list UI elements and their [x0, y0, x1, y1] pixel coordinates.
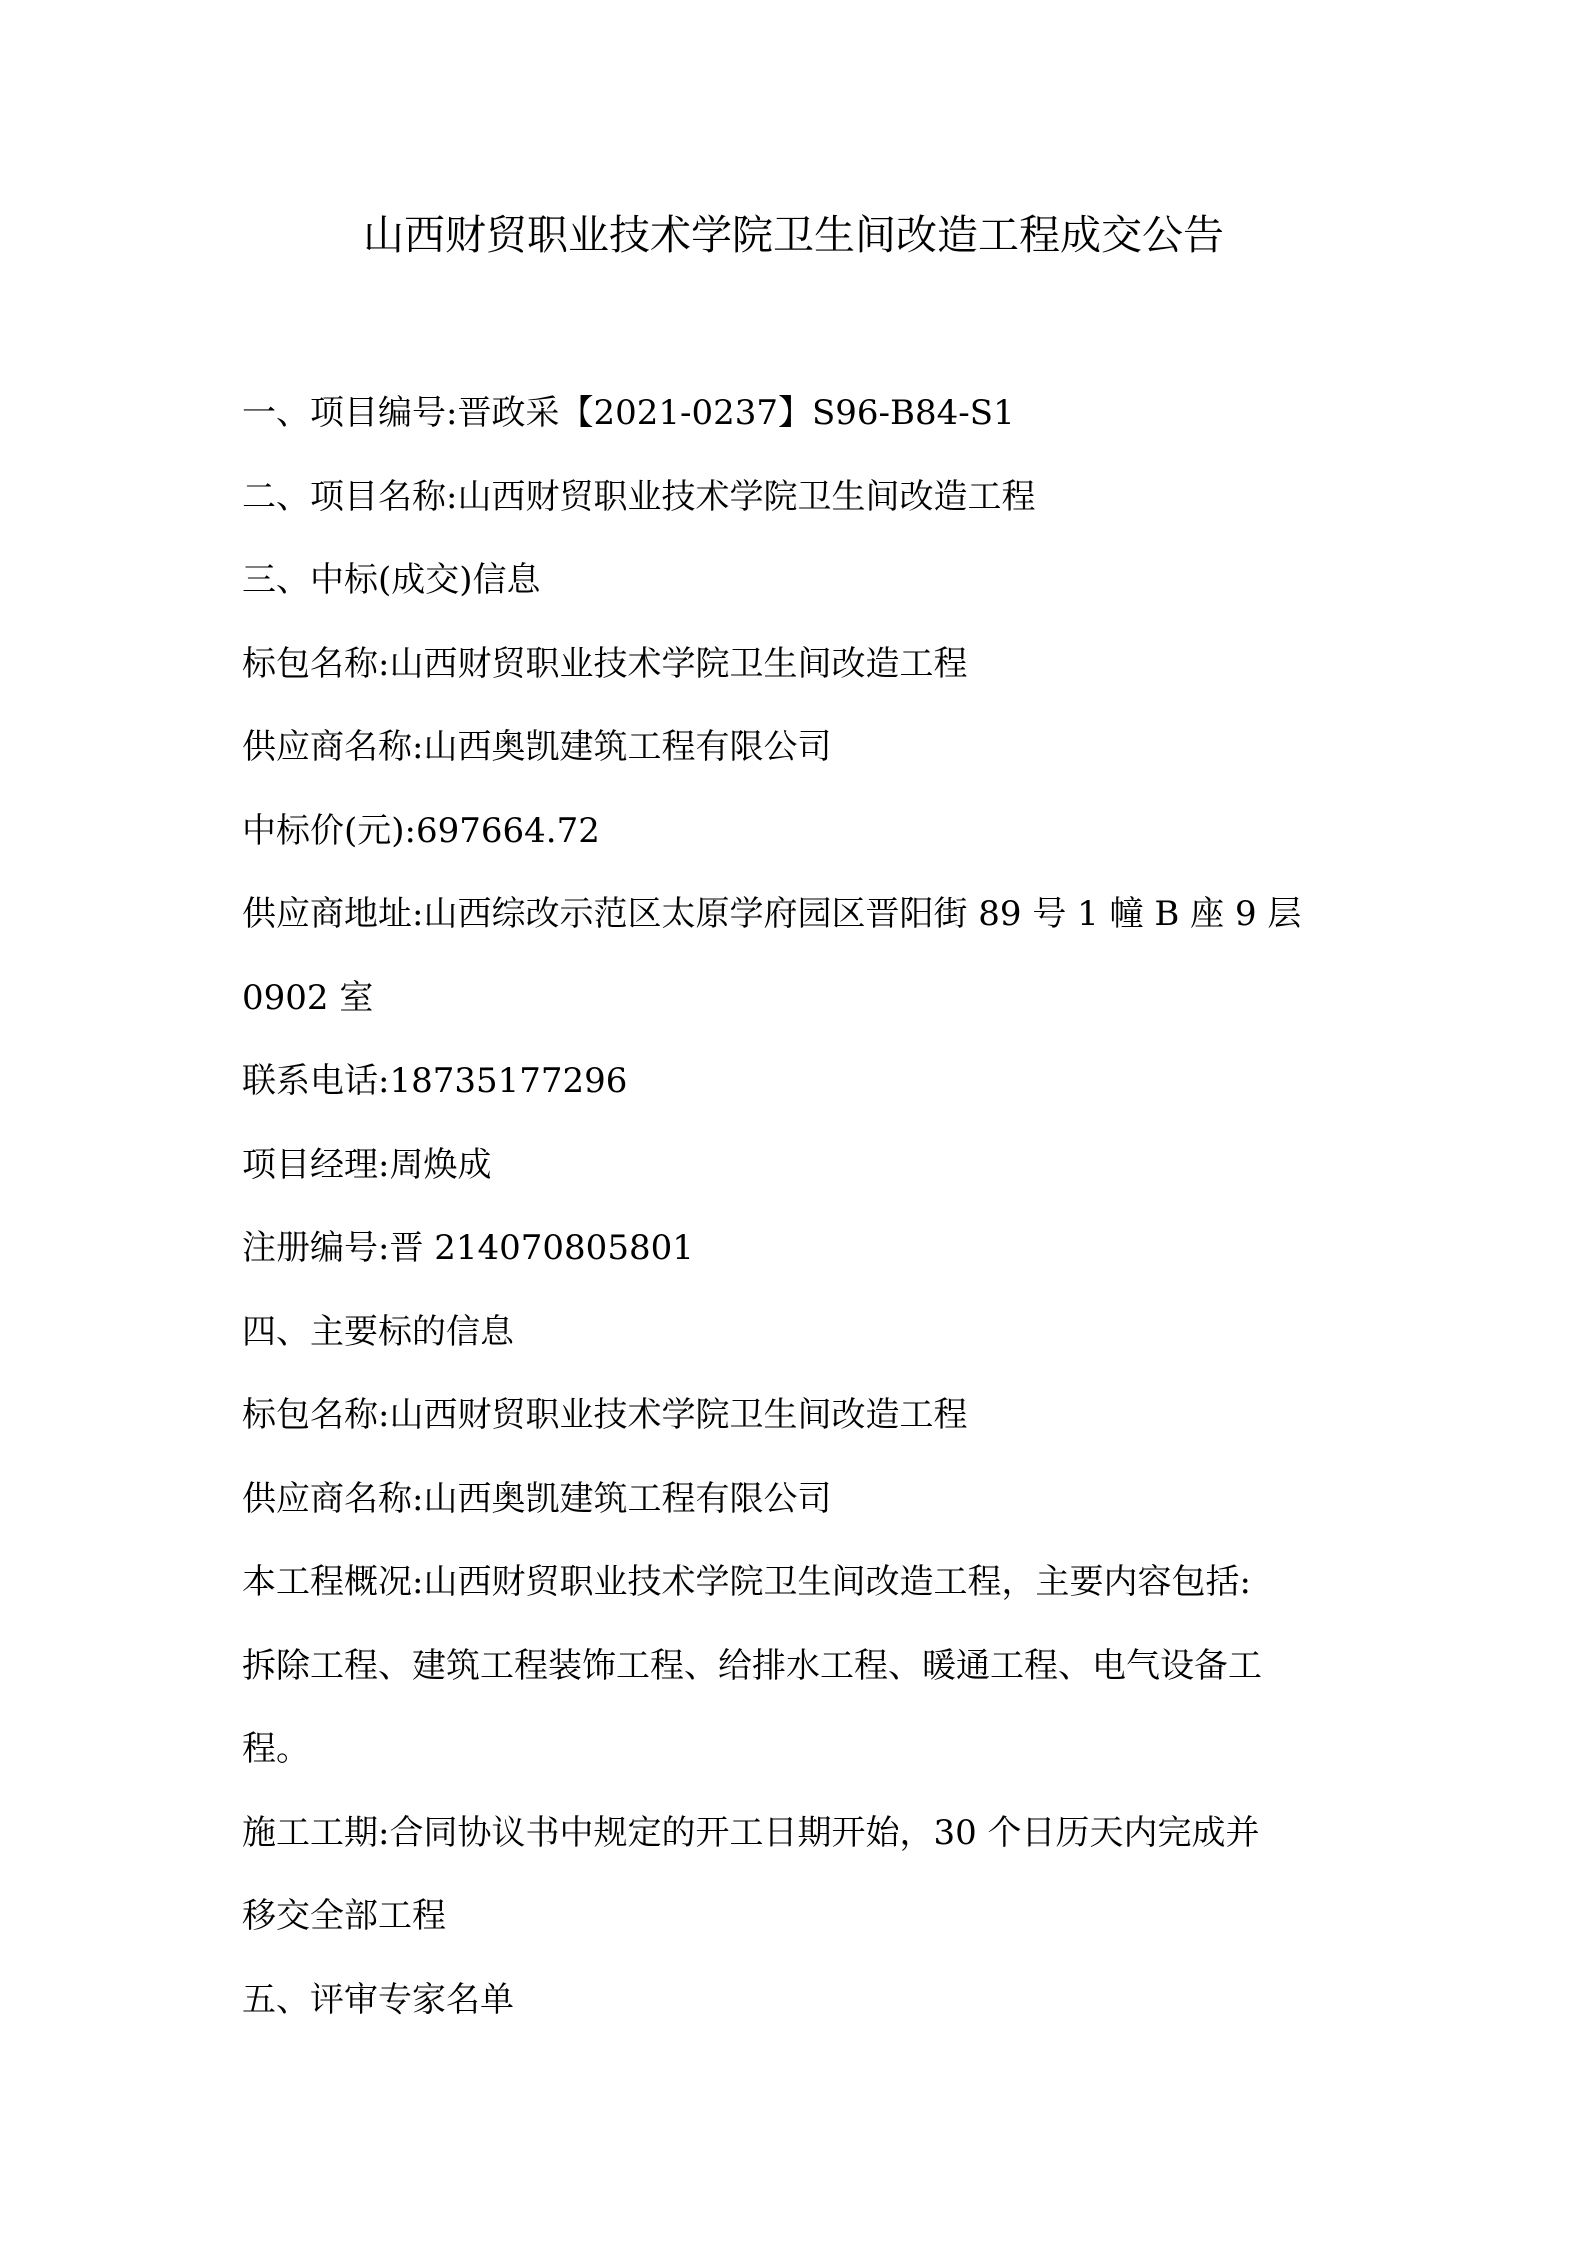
- supplier-name-line-2: 供应商名称:山西奥凯建筑工程有限公司: [242, 1458, 1362, 1542]
- project-manager-line: 项目经理:周焕成: [242, 1124, 1362, 1208]
- overview-line-cont: 拆除工程、建筑工程装饰工程、给排水工程、暖通工程、电气设备工: [242, 1625, 1362, 1709]
- registration-number-line: 注册编号:晋 214070805801: [242, 1207, 1362, 1291]
- construction-period-line: 施工工期:合同协议书中规定的开工日期开始，30 个日历天内完成并: [242, 1792, 1362, 1876]
- expert-list-heading: 五、评审专家名单: [242, 1959, 1362, 2043]
- main-subject-heading: 四、主要标的信息: [242, 1291, 1362, 1375]
- overview-line-end: 程。: [242, 1708, 1362, 1792]
- supplier-address-line-cont: 0902 室: [242, 957, 1362, 1041]
- supplier-address-line: 供应商地址:山西综改示范区太原学府园区晋阳街 89 号 1 幢 B 座 9 层: [242, 873, 1362, 957]
- construction-period-line-cont: 移交全部工程: [242, 1875, 1362, 1959]
- document-page: 山西财贸职业技术学院卫生间改造工程成交公告 一、项目编号:晋政采【2021-02…: [0, 0, 1587, 2245]
- phone-line: 联系电话:18735177296: [242, 1040, 1362, 1124]
- package-name-line-2: 标包名称:山西财贸职业技术学院卫生间改造工程: [242, 1374, 1362, 1458]
- overview-line: 本工程概况:山西财贸职业技术学院卫生间改造工程，主要内容包括:: [242, 1541, 1362, 1625]
- bid-price-line: 中标价(元):697664.72: [242, 790, 1362, 874]
- document-title: 山西财贸职业技术学院卫生间改造工程成交公告: [0, 205, 1587, 265]
- package-name-line: 标包名称:山西财贸职业技术学院卫生间改造工程: [242, 623, 1362, 707]
- project-name-line: 二、项目名称:山西财贸职业技术学院卫生间改造工程: [242, 456, 1362, 540]
- supplier-name-line: 供应商名称:山西奥凯建筑工程有限公司: [242, 706, 1362, 790]
- award-info-heading: 三、中标(成交)信息: [242, 539, 1362, 623]
- document-body: 一、项目编号:晋政采【2021-0237】S96-B84-S1 二、项目名称:山…: [242, 372, 1362, 2042]
- project-number-line: 一、项目编号:晋政采【2021-0237】S96-B84-S1: [242, 372, 1362, 456]
